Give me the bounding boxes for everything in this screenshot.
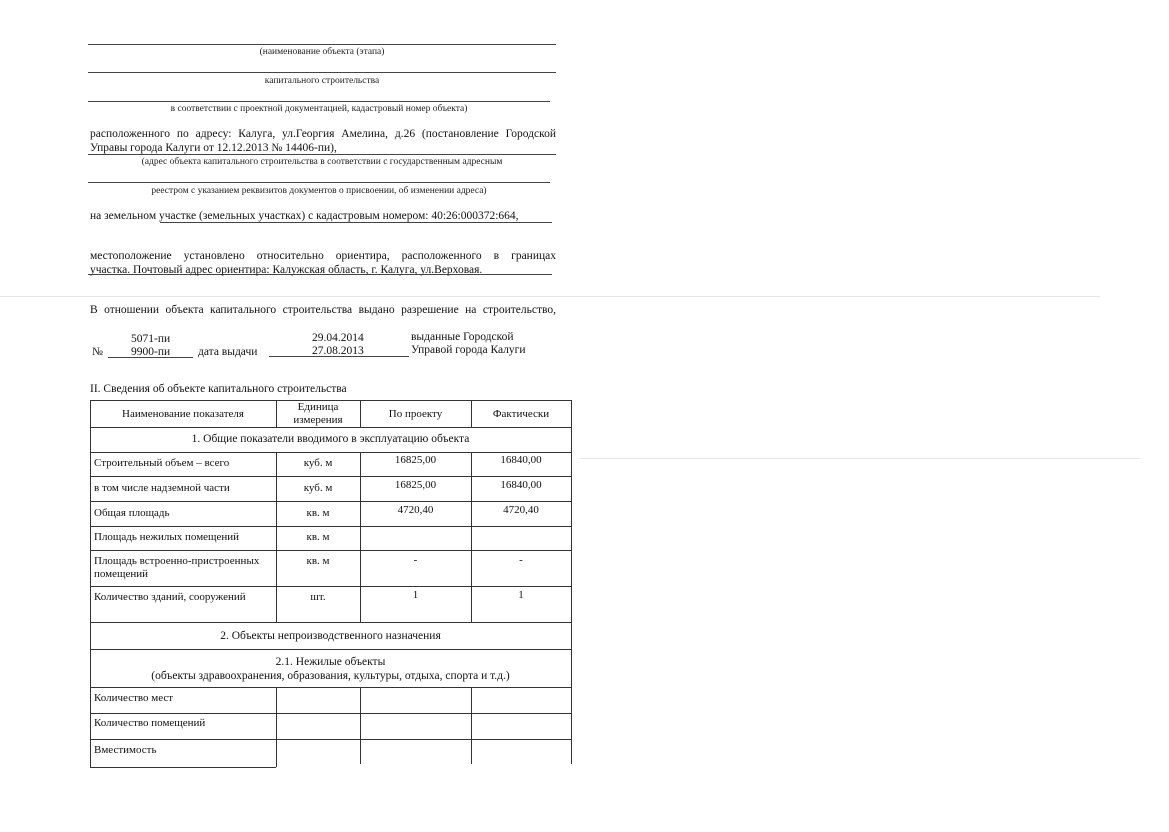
permit-date-label: дата выдачи (198, 345, 257, 359)
row-actual-value: - (471, 554, 571, 567)
row-name: Вместимость (94, 744, 156, 757)
scan-artifact-line (0, 296, 1100, 297)
permit-date-1: 29.04.2014 (312, 331, 364, 345)
blank-line (88, 182, 550, 183)
row-unit: шт. (276, 591, 360, 604)
section-title: II. Сведения об объекте капитального стр… (90, 382, 347, 396)
row-name: Количество помещений (94, 717, 205, 730)
row-name: Количество мест (94, 692, 173, 705)
section-nonproduction-objects: 2. Объекты непроизводственного назначени… (90, 630, 571, 643)
row-project-value: 4720,40 (360, 504, 471, 517)
header-unit: Единица измерения (276, 401, 360, 427)
row-unit: кв. м (276, 507, 360, 520)
row-project-value: 16825,00 (360, 479, 471, 492)
row-actual-value: 4720,40 (471, 504, 571, 517)
caption-address-registry: (адрес объекта капитального строительств… (88, 157, 556, 167)
header-indicator-name: Наименование показателя (90, 408, 276, 421)
blank-line (88, 72, 556, 73)
row-name: Количество зданий, сооружений (94, 591, 246, 604)
row-project-value: - (360, 554, 471, 567)
permit-number-1: 5071-пи (131, 332, 170, 346)
row-unit: куб. м (276, 482, 360, 495)
header-actual: Фактически (471, 408, 571, 421)
row-name: Строительный объем – всего (94, 457, 229, 470)
address-line-2: Управы города Калуги от 12.12.2013 № 144… (90, 141, 337, 155)
blank-line (269, 356, 409, 357)
blank-line (88, 274, 552, 275)
row-actual-value: 16840,00 (471, 454, 571, 467)
section-general-indicators: 1. Общие показатели вводимого в эксплуат… (90, 433, 571, 446)
row-actual-value: 1 (471, 589, 571, 602)
row-name: Общая площадь (94, 507, 170, 520)
permit-issuer-line-1: выданные Городской (411, 330, 514, 344)
row-project-value: 16825,00 (360, 454, 471, 467)
row-unit: куб. м (276, 457, 360, 470)
caption-capital-construction: капитального строительства (88, 76, 556, 86)
row-unit: кв. м (276, 555, 360, 568)
row-project-value: 1 (360, 589, 471, 602)
section-nonresidential-title: 2.1. Нежилые объекты (90, 656, 571, 669)
row-actual-value: 16840,00 (471, 479, 571, 492)
address-line-1: расположенного по адресу: Калуга, ул.Гео… (90, 127, 556, 141)
row-name: в том числе надземной части (94, 482, 230, 495)
blank-line (108, 357, 193, 358)
scan-artifact-line (580, 458, 1140, 459)
blank-line (88, 101, 550, 102)
location-line-1: местоположение установлено относительно … (90, 249, 556, 263)
row-name: Площадь нежилых помещений (94, 531, 239, 544)
caption-object-name: (наименование объекта (этапа) (88, 47, 556, 57)
caption-project-docs: в соответствии с проектной документацией… (88, 104, 550, 114)
permit-issuer-line-2: Управой города Калуги (411, 343, 526, 357)
row-name: Площадь встроенно-пристроенных помещений (94, 555, 264, 581)
section-nonresidential-subtitle: (объекты здравоохранения, образования, к… (90, 670, 571, 683)
blank-line (88, 154, 556, 155)
permit-intro: В отношении объекта капитального строите… (90, 303, 556, 317)
blank-line (88, 44, 556, 45)
row-unit: кв. м (276, 531, 360, 544)
permit-number-label: № (92, 345, 103, 359)
header-by-project: По проекту (360, 408, 471, 421)
land-plot-line: на земельном участке (земельных участках… (90, 209, 519, 223)
caption-address-docs: реестром с указанием реквизитов документ… (88, 186, 550, 196)
blank-line (160, 222, 552, 223)
